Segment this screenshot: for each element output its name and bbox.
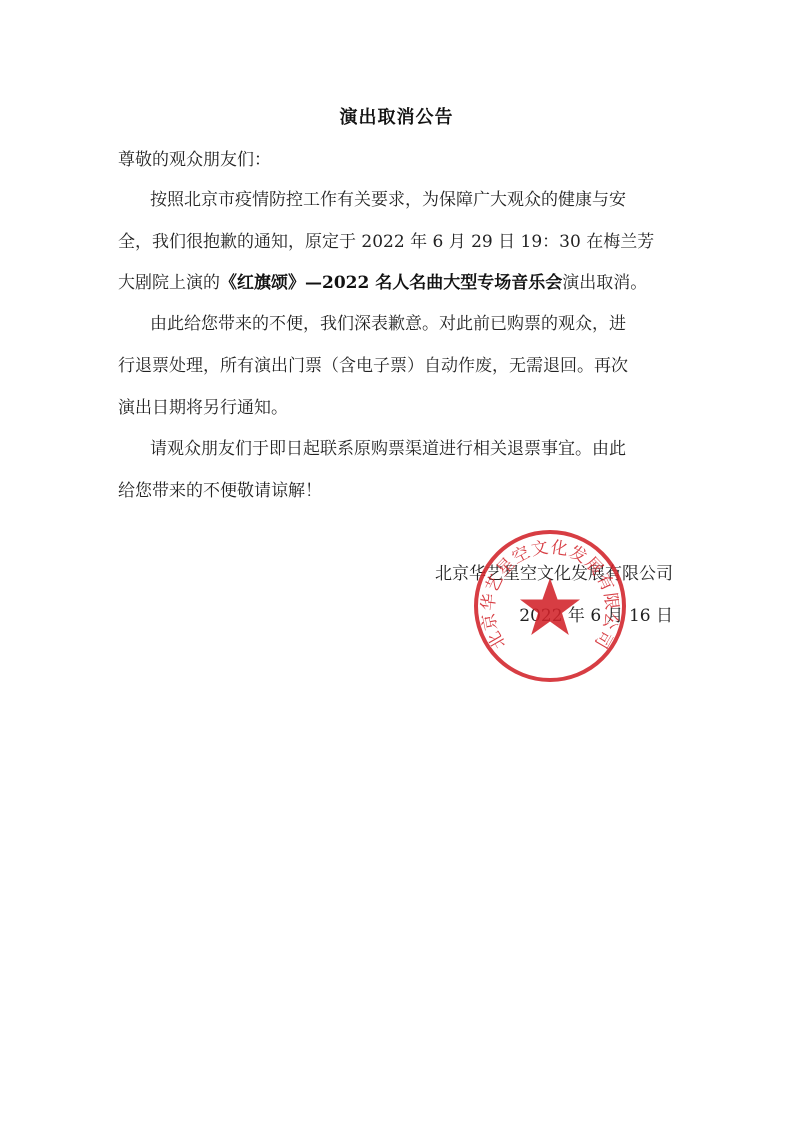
document-page: 演出取消公告 尊敬的观众朋友们： 按照北京市疫情防控工作有关要求，为保障广大观众… — [0, 0, 793, 1122]
paragraph-1-line-3-suffix: 演出取消。 — [562, 273, 647, 293]
event-name: 《红旗颂》—2022 名人名曲大型专场音乐会 — [220, 273, 562, 293]
salutation: 尊敬的观众朋友们： — [118, 150, 271, 170]
seal-text: 北京华艺星空文化发展有限公司 — [478, 538, 621, 653]
paragraph-1-line-3-prefix: 大剧院上演的 — [118, 273, 220, 293]
paragraph-1-line-3: 大剧院上演的《红旗颂》—2022 名人名曲大型专场音乐会演出取消。 — [118, 273, 647, 293]
paragraph-2-line-3: 演出日期将另行通知。 — [118, 398, 288, 418]
signature-company: 北京华艺星空文化发展有限公司 — [435, 564, 673, 584]
signature-date: 2022 年 6 月 16 日 — [519, 606, 673, 626]
paragraph-2-line-1: 由此给您带来的不便，我们深表歉意。对此前已购票的观众，进 — [150, 314, 626, 334]
paragraph-3-line-1: 请观众朋友们于即日起联系原购票渠道进行相关退票事宜。由此 — [150, 439, 626, 459]
paragraph-3-line-2: 给您带来的不便敬请谅解！ — [118, 481, 322, 501]
paragraph-2-line-2: 行退票处理，所有演出门票（含电子票）自动作废，无需退回。再次 — [118, 356, 628, 376]
paragraph-1-line-2: 全，我们很抱歉的通知，原定于 2022 年 6 月 29 日 19：30 在梅兰… — [118, 232, 654, 252]
paragraph-1-line-1: 按照北京市疫情防控工作有关要求，为保障广大观众的健康与安 — [150, 190, 626, 210]
document-title: 演出取消公告 — [0, 103, 793, 129]
